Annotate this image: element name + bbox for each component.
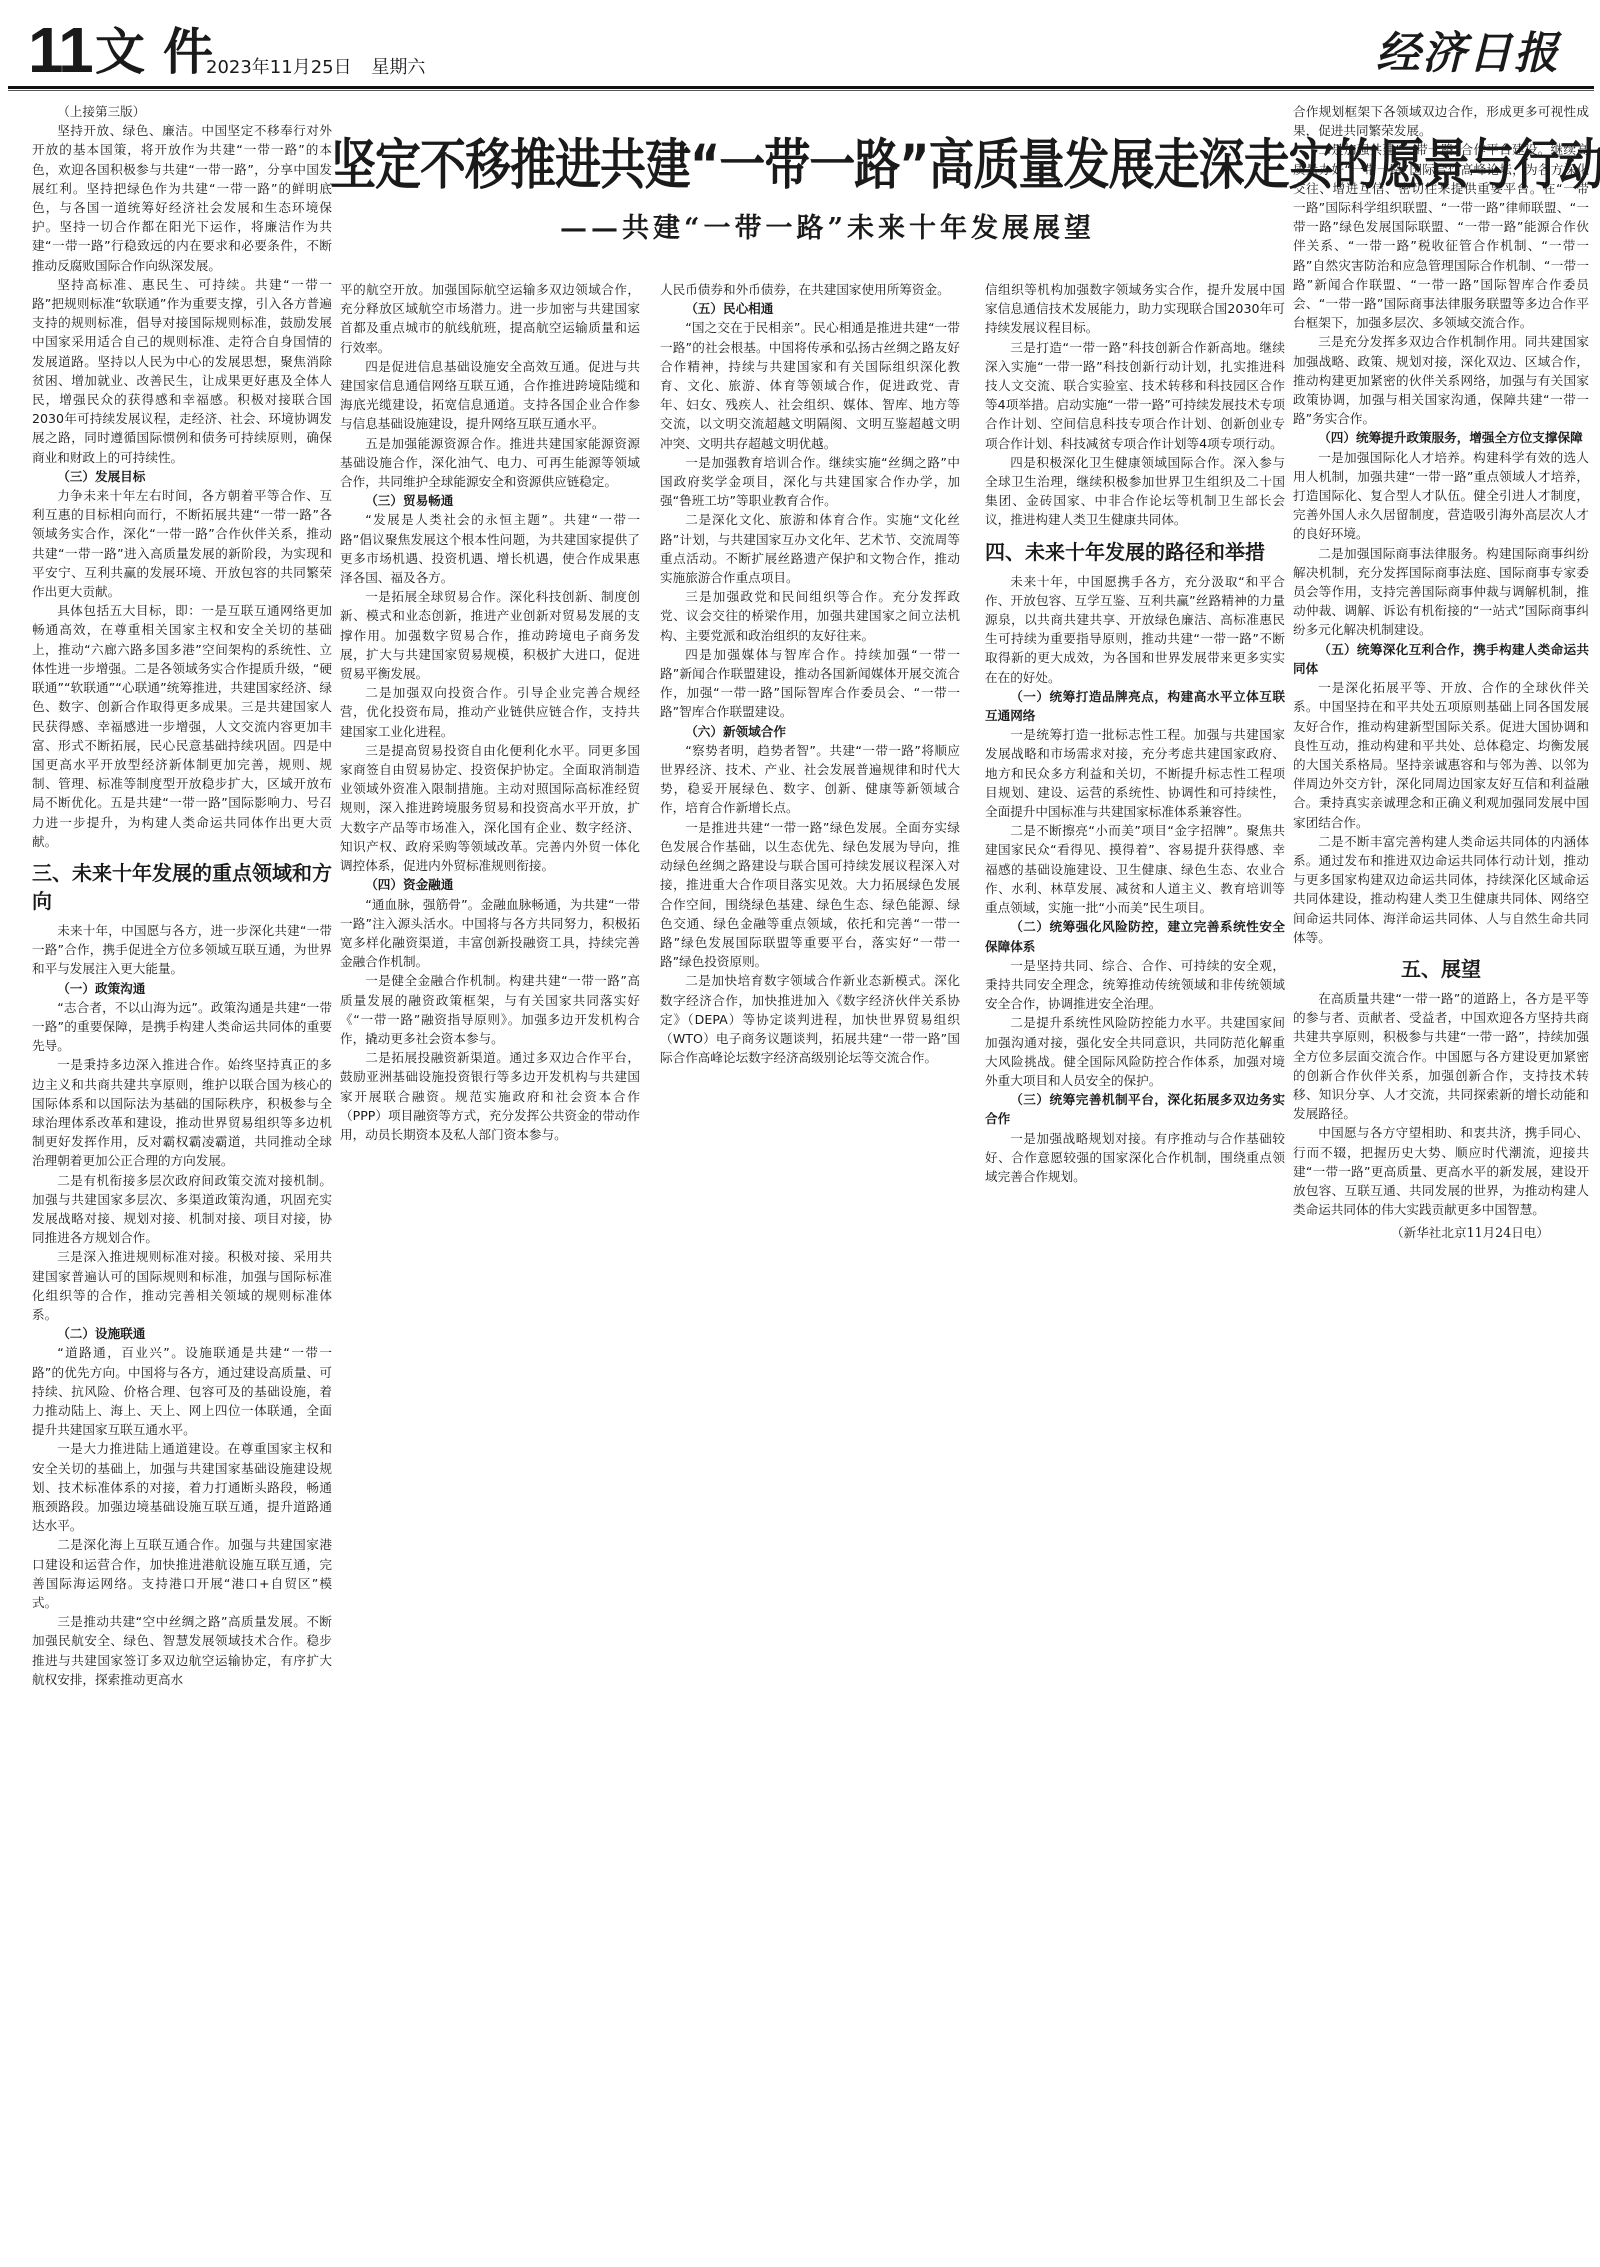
paragraph: 二是深化海上互联互通合作。加强与共建国家港口建设和运营合作，加快推进港航设施互联…	[32, 1535, 332, 1612]
paragraph: 四是加强媒体与智库合作。持续加强“一带一路”新闻合作联盟建设，推动各国新闻媒体开…	[660, 645, 960, 722]
paragraph: 四是促进信息基础设施安全高效互通。促进与共建国家信息通信网络互联互通，合作推进跨…	[340, 357, 640, 434]
paragraph: 一是深化拓展平等、开放、合作的全球伙伴关系。中国坚持在和平共处五项原则基础上同各…	[1293, 678, 1589, 832]
subhead: （三）统筹完善机制平台，深化拓展多双边务实合作	[985, 1090, 1285, 1128]
paragraph: 三是深入推进规则标准对接。积极对接、采用共建国家普遍认可的国际规则和标准，加强与…	[32, 1247, 332, 1324]
subhead: （四）资金融通	[340, 875, 640, 894]
paragraph: 一是拓展全球贸易合作。深化科技创新、制度创新、模式和业态创新，推进产业创新对贸易…	[340, 587, 640, 683]
dateline: 2023年11月25日 星期六	[206, 56, 425, 80]
paragraph: 三是打造“一带一路”科技创新合作新高地。继续深入实施“一带一路”科技创新行动计划…	[985, 338, 1285, 453]
paragraph: 一是加强国际化人才培养。构建科学有效的选人用人机制，加强共建“一带一路”重点领域…	[1293, 448, 1589, 544]
paragraph: 二是加强共建“一带一路”合作平台建设。继续高质量办好“一带一路”国际合作高峰论坛…	[1293, 140, 1589, 332]
paragraph: 坚持开放、绿色、廉洁。中国坚定不移奉行对外开放的基本国策，将开放作为共建“一带一…	[32, 121, 332, 275]
paragraph: 一是坚持共同、综合、合作、可持续的安全观，秉持共同安全理念，统筹推动传统领域和非…	[985, 956, 1285, 1014]
subhead: （四）统筹提升政策服务，增强全方位支撑保障	[1293, 428, 1589, 447]
subhead: （一）政策沟通	[32, 979, 332, 998]
paragraph: 二是加强双向投资合作。引导企业完善合规经营，优化投资布局，推动产业链供应链合作，…	[340, 683, 640, 741]
paragraph: 二是加快培育数字领域合作新业态新模式。深化数字经济合作，加快推进加入《数字经济伙…	[660, 971, 960, 1067]
paragraph: 未来十年，中国愿携手各方，充分汲取“和平合作、开放包容、互学互鉴、互利共赢”丝路…	[985, 572, 1285, 687]
subhead: （二）统筹强化风险防控，建立完善系统性安全保障体系	[985, 917, 1285, 955]
paragraph: 一是大力推进陆上通道建设。在尊重国家主权和安全关切的基础上，加强与共建国家基础设…	[32, 1439, 332, 1535]
paragraph: “察势者明，趋势者智”。共建“一带一路”将顺应世界经济、技术、产业、社会发展普遍…	[660, 741, 960, 818]
column-2: 平的航空开放。加强国际航空运输多双边领域合作，充分释放区域航空市场潜力。进一步加…	[340, 280, 640, 2255]
subhead: （三）贸易畅通	[340, 491, 640, 510]
subhead: （一）统筹打造品牌亮点，构建高水平立体互联互通网络	[985, 687, 1285, 725]
column-3: 人民币债券和外币债券，在共建国家使用所筹资金。 （五）民心相通 “国之交在于民相…	[660, 280, 960, 2255]
masthead-logo: 经济日报	[1376, 24, 1560, 84]
paragraph: 平的航空开放。加强国际航空运输多双边领域合作，充分释放区域航空市场潜力。进一步加…	[340, 280, 640, 357]
paragraph: 四是积极深化卫生健康领域国际合作。深入参与全球卫生治理，继续积极参加世界卫生组织…	[985, 453, 1285, 530]
paragraph: 三是加强政党和民间组织等合作。充分发挥政党、议会交往的桥梁作用，加强共建国家之间…	[660, 587, 960, 645]
paragraph: 信组织等机构加强数字领域务实合作，提升发展中国家信息通信技术发展能力，助力实现联…	[985, 280, 1285, 338]
paragraph: 二是加强国际商事法律服务。构建国际商事纠纷解决机制，充分发挥国际商事法庭、国际商…	[1293, 544, 1589, 640]
paragraph: 合作规划框架下各领域双边合作，形成更多可视性成果，促进共同繁荣发展。	[1293, 102, 1589, 140]
paragraph: 一是统筹打造一批标志性工程。加强与共建国家发展战略和市场需求对接，充分考虑共建国…	[985, 725, 1285, 821]
paragraph: “通血脉，强筋骨”。金融血脉畅通，为共建“一带一路”注入源头活水。中国将与各方共…	[340, 895, 640, 972]
paragraph: 未来十年，中国愿与各方，进一步深化共建“一带一路”合作，携手促进全方位多领域互联…	[32, 921, 332, 979]
subhead: （三）发展目标	[32, 467, 332, 486]
issue-weekday: 星期六	[371, 57, 425, 78]
section-heading-four: 四、未来十年发展的路径和举措	[985, 538, 1285, 566]
page-number: 11	[28, 18, 92, 82]
paragraph: “志合者，不以山海为远”。政策沟通是共建“一带一路”的重要保障，是携手构建人类命…	[32, 998, 332, 1056]
subhead: （五）统筹深化互利合作，携手构建人类命运共同体	[1293, 640, 1589, 678]
paragraph: 二是拓展投融资新渠道。通过多双边合作平台，鼓励亚洲基础设施投资银行等多边开发机构…	[340, 1048, 640, 1144]
paragraph: 三是提高贸易投资自由化便利化水平。同更多国家商签自由贸易协定、投资保护协定。全面…	[340, 741, 640, 875]
paragraph: 中国愿与各方守望相助、和衷共济，携手同心、行而不辍，把握历史大势、顺应时代潮流，…	[1293, 1123, 1589, 1219]
header-rule	[8, 86, 1594, 89]
column-4: 信组织等机构加强数字领域务实合作，提升发展中国家信息通信技术发展能力，助力实现联…	[985, 280, 1285, 2255]
paragraph: 三是推动共建“空中丝绸之路”高质量发展。不断加强民航安全、绿色、智慧发展领域技术…	[32, 1612, 332, 1689]
paragraph: 坚持高标准、惠民生、可持续。共建“一带一路”把规则标准“软联通”作为重要支撑，引…	[32, 275, 332, 467]
paragraph: 二是不断擦亮“小而美”项目“金字招牌”。聚焦共建国家民众“看得见、摸得着”、容易…	[985, 821, 1285, 917]
paragraph: 一是推进共建“一带一路”绿色发展。全面夯实绿色发展合作基础，以生态优先、绿色发展…	[660, 818, 960, 972]
paragraph: 三是充分发挥多双边合作机制作用。同共建国家加强战略、政策、规划对接，深化双边、区…	[1293, 332, 1589, 428]
paragraph: 一是加强战略规划对接。有序推动与合作基础较好、合作意愿较强的国家深化合作机制，围…	[985, 1129, 1285, 1187]
headline: 坚定不移推进共建“一带一路”高质量发展走深走实的愿景与行动	[330, 128, 1285, 201]
section-heading-five: 五、展望	[1293, 955, 1589, 983]
subhead: （二）设施联通	[32, 1324, 332, 1343]
subhead: （五）民心相通	[660, 299, 960, 318]
subtitle: ——共建“一带一路”未来十年发展展望	[330, 212, 1285, 246]
issue-date: 2023年11月25日	[206, 57, 352, 78]
header-rule-thin	[8, 90, 1594, 91]
paragraph: 在高质量共建“一带一路”的道路上，各方是平等的参与者、贡献者、受益者，中国欢迎各…	[1293, 989, 1589, 1123]
column-5: 合作规划框架下各领域双边合作，形成更多可视性成果，促进共同繁荣发展。 二是加强共…	[1293, 102, 1589, 2252]
continued-note: （上接第三版）	[32, 102, 332, 121]
paragraph: 一是秉持多边深入推进合作。始终坚持真正的多边主义和共商共建共享原则，维护以联合国…	[32, 1055, 332, 1170]
paragraph: “道路通，百业兴”。设施联通是共建“一带一路”的优先方向。中国将与各方，通过建设…	[32, 1343, 332, 1439]
paragraph: “发展是人类社会的永恒主题”。共建“一带一路”倡议聚焦发展这个根本性问题，为共建…	[340, 510, 640, 587]
byline: （新华社北京11月24日电）	[1293, 1223, 1589, 1242]
paragraph: 力争未来十年左右时间，各方朝着平等合作、互利互惠的目标相向而行，不断拓展共建“一…	[32, 486, 332, 601]
subhead: （六）新领域合作	[660, 722, 960, 741]
paragraph: 具体包括五大目标，即：一是互联互通网络更加畅通高效，在尊重相关国家主权和安全关切…	[32, 601, 332, 851]
headline-block: 坚定不移推进共建“一带一路”高质量发展走深走实的愿景与行动 ——共建“一带一路”…	[330, 128, 1285, 246]
section-heading-three: 三、未来十年发展的重点领域和方向	[32, 859, 332, 915]
paragraph: 一是健全金融合作机制。构建共建“一带一路”高质量发展的融资政策框架，与有关国家共…	[340, 971, 640, 1048]
paragraph: 二是不断丰富完善构建人类命运共同体的内涵体系。通过发布和推进双边命运共同体行动计…	[1293, 832, 1589, 947]
paragraph: 二是有机衔接多层次政府间政策交流对接机制。加强与共建国家多层次、多渠道政策沟通，…	[32, 1171, 332, 1248]
paragraph: 二是提升系统性风险防控能力水平。共建国家间加强沟通对接，强化安全共同意识，共同防…	[985, 1013, 1285, 1090]
paragraph: “国之交在于民相亲”。民心相通是推进共建“一带一路”的社会根基。中国将传承和弘扬…	[660, 318, 960, 452]
paragraph: 一是加强教育培训合作。继续实施“丝绸之路”中国政府奖学金项目，深化与共建国家合作…	[660, 453, 960, 511]
paragraph: 人民币债券和外币债券，在共建国家使用所筹资金。	[660, 280, 960, 299]
page-header: 11 文件 2023年11月25日 星期六 经济日报	[0, 0, 1600, 90]
column-1: （上接第三版） 坚持开放、绿色、廉洁。中国坚定不移奉行对外开放的基本国策，将开放…	[32, 102, 332, 2252]
paragraph: 五是加强能源资源合作。推进共建国家能源资源基础设施合作，深化油气、电力、可再生能…	[340, 434, 640, 492]
paragraph: 二是深化文化、旅游和体育合作。实施“文化丝路”计划，与共建国家互办文化年、艺术节…	[660, 510, 960, 587]
